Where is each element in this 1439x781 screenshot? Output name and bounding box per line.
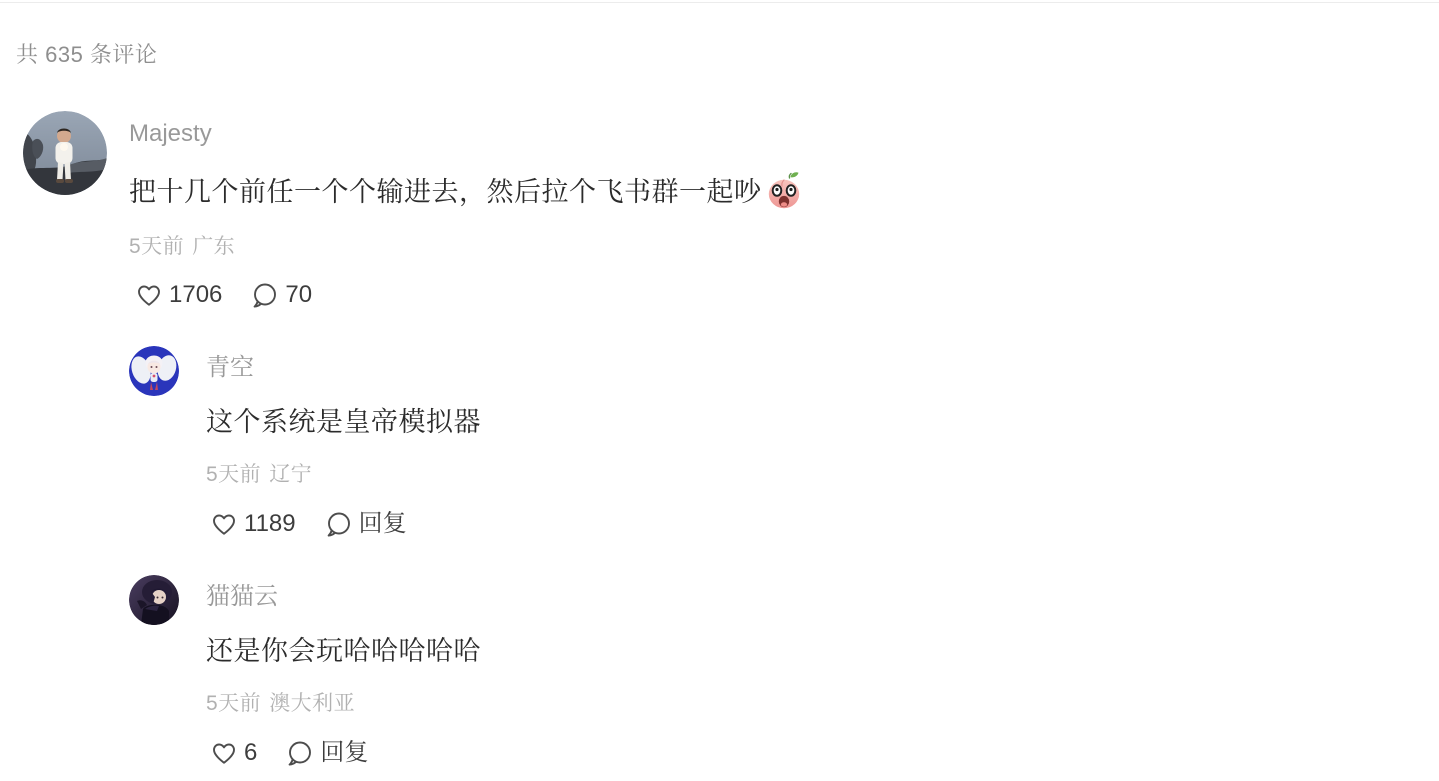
reply-avatar[interactable]: [129, 575, 179, 625]
comments-count-header: 共 635 条评论: [16, 41, 157, 68]
comment-text: 把十几个前任一个个输进去，然后拉个飞书群一起吵: [129, 170, 804, 210]
reply-avatar[interactable]: [129, 346, 179, 396]
like-button[interactable]: 1706: [136, 281, 222, 309]
commenter-username[interactable]: Majesty: [129, 120, 804, 148]
like-button[interactable]: 6: [211, 739, 257, 767]
reply-actions: 1189 回复: [206, 510, 481, 538]
commenter-avatar[interactable]: [23, 111, 107, 195]
reply-body: 青空 这个系统是皇帝模拟器 5天前辽宁 1189: [206, 346, 481, 538]
reply-button[interactable]: 回复: [286, 739, 368, 767]
reply-meta: 5天前澳大利亚: [206, 692, 481, 716]
chat-bubble-icon: [251, 282, 278, 309]
reply-body: 猫猫云 还是你会玩哈哈哈哈哈 5天前澳大利亚 6: [206, 575, 481, 767]
reply-time: 5天前: [206, 463, 261, 486]
like-count: 1706: [169, 281, 222, 309]
top-divider: [0, 2, 1439, 3]
like-button[interactable]: 1189: [211, 510, 296, 538]
reply-count: 70: [285, 281, 312, 309]
reply-meta: 5天前辽宁: [206, 463, 481, 487]
reply-button[interactable]: 回复: [325, 510, 407, 538]
replies-list: 青空 这个系统是皇帝模拟器 5天前辽宁 1189: [129, 346, 804, 767]
like-count: 6: [244, 739, 257, 767]
reply-username[interactable]: 青空: [206, 354, 481, 382]
heart-icon: [211, 741, 237, 766]
reply-actions: 6 回复: [206, 739, 481, 767]
chat-bubble-icon: [325, 511, 352, 538]
reply-text: 还是你会玩哈哈哈哈哈: [206, 634, 481, 668]
shocked-peach-emoji: [764, 170, 804, 210]
like-count: 1189: [244, 510, 296, 538]
comment-text-content: 把十几个前任一个个输进去，然后拉个飞书群一起吵: [129, 177, 762, 207]
reply-item: 猫猫云 还是你会玩哈哈哈哈哈 5天前澳大利亚 6: [129, 575, 804, 767]
comment-meta: 5天前广东: [129, 235, 804, 259]
avatar-blue-anime: [129, 346, 179, 396]
comment-item: Majesty 把十几个前任一个个输进去，然后拉个飞书群一起吵: [23, 111, 804, 767]
reply-text: 这个系统是皇帝模拟器: [206, 405, 481, 439]
reply-item: 青空 这个系统是皇帝模拟器 5天前辽宁 1189: [129, 346, 804, 538]
reply-time: 5天前: [206, 692, 261, 715]
reply-label: 回复: [359, 510, 407, 538]
view-replies-button[interactable]: 70: [251, 281, 312, 309]
reply-username[interactable]: 猫猫云: [206, 583, 481, 611]
reply-label: 回复: [320, 739, 368, 767]
comment-actions: 1706 70: [129, 281, 804, 309]
reply-location: 辽宁: [269, 463, 312, 486]
comment-body: Majesty 把十几个前任一个个输进去，然后拉个飞书群一起吵: [129, 111, 804, 767]
reply-location: 澳大利亚: [269, 692, 355, 715]
avatar-dark-anime: [129, 575, 179, 625]
comment-time: 5天前: [129, 235, 184, 258]
heart-icon: [136, 283, 162, 308]
avatar-photo-child: [23, 111, 107, 195]
comments-page: 共 635 条评论: [0, 0, 1439, 781]
comment-location: 广东: [192, 235, 235, 258]
heart-icon: [211, 512, 237, 537]
chat-bubble-icon: [286, 740, 313, 767]
